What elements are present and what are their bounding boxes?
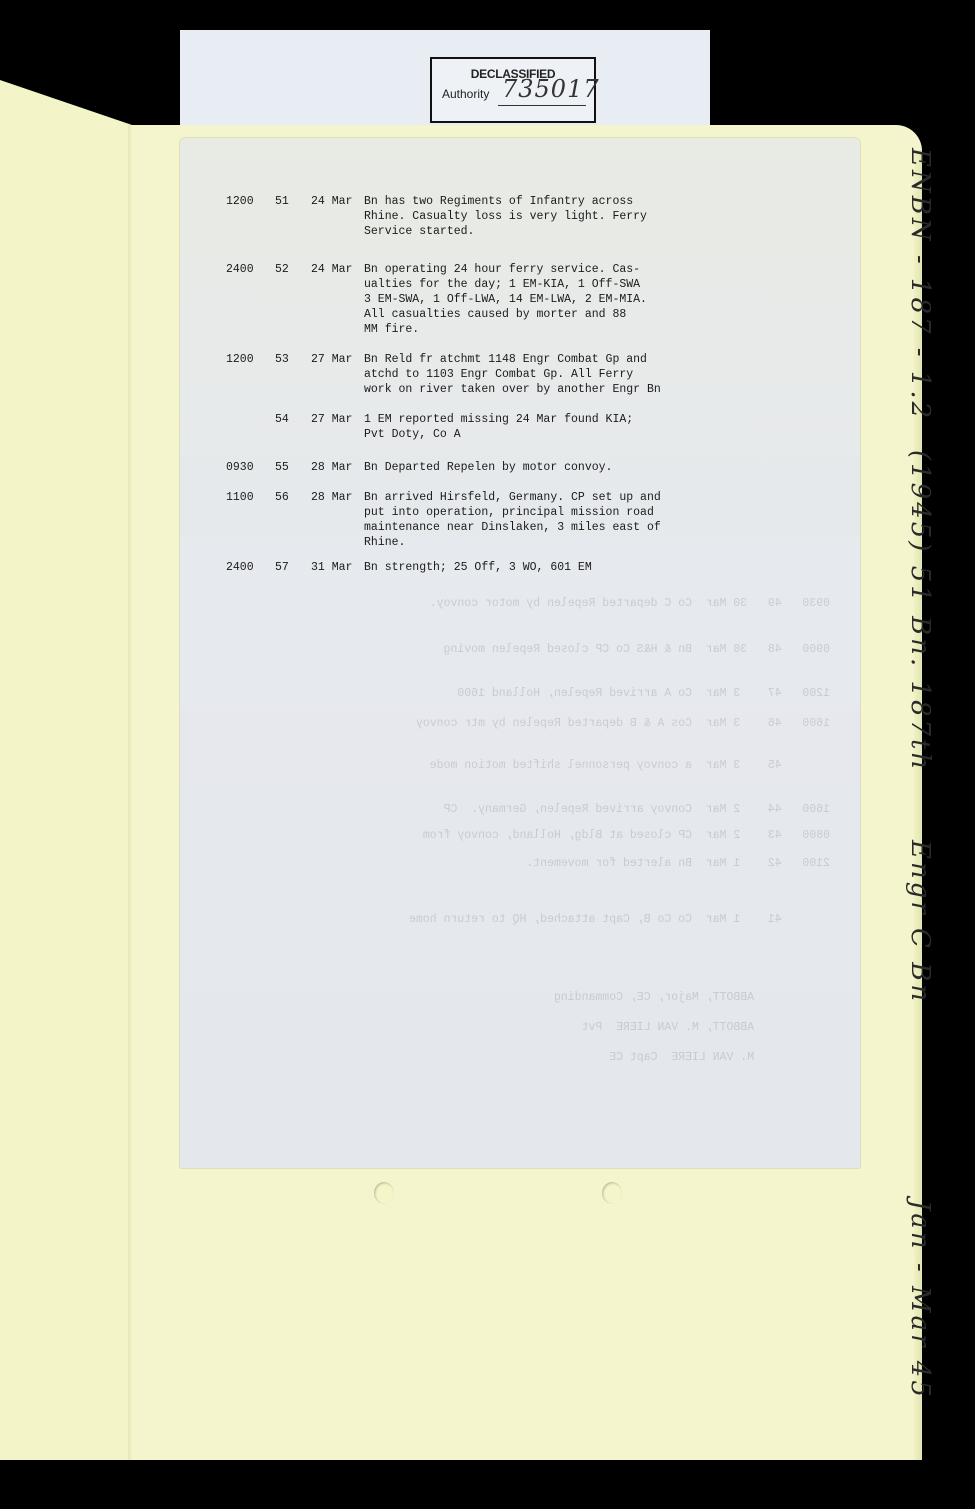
bleed-through-text: M. VAN LIERE Capt CE <box>230 1050 830 1065</box>
bleed-through-text: 0800 43 2 Mar CP closed at Bldg, Holland… <box>230 828 830 843</box>
entry-number: 55 <box>275 460 300 475</box>
entry-number: 54 <box>275 412 300 427</box>
margin-annotation-lower: Engr C Bn <box>905 840 935 1004</box>
entry-time: 1100 <box>226 490 266 505</box>
margin-annotation-middle: (1945) 51 Bn. 187th <box>905 450 935 772</box>
bleed-through-text: ABBOTT, M. VAN LIERE Pvt <box>230 1020 830 1035</box>
entry-date: 31 Mar <box>311 560 361 575</box>
entry-date: 27 Mar <box>311 352 361 367</box>
entry-time: 1200 <box>226 194 266 209</box>
folder-left-cover <box>0 0 132 1460</box>
entry-text: Bn operating 24 hour ferry service. Cas-… <box>364 262 664 337</box>
bleed-through-text: 0930 49 30 Mar Co C departed Repelen by … <box>230 596 830 611</box>
typed-page: 12005124 MarBn has two Regiments of Infa… <box>180 138 860 1168</box>
entry-number: 56 <box>275 490 300 505</box>
entry-time: 0930 <box>226 460 266 475</box>
bleed-through-text: 41 1 Mar Co Co B, Capt attached, HQ to r… <box>230 912 830 927</box>
margin-annotation-bottom: Jan - Mar 45 <box>905 1200 935 1400</box>
bleed-through-text: 1200 47 3 Mar Co A arrived Repelen, Holl… <box>230 686 830 701</box>
entry-time: 2400 <box>226 560 266 575</box>
authority-underline <box>498 105 586 106</box>
entry-time: 1200 <box>226 352 266 367</box>
punch-hole <box>374 1182 394 1204</box>
entry-number: 52 <box>275 262 300 277</box>
entry-time: 2400 <box>226 262 266 277</box>
authority-label: Authority <box>442 87 489 101</box>
bleed-through-text: 0900 48 30 Mar Bn & H&S Co CP closed Rep… <box>230 642 830 657</box>
bleed-through-text: 1600 44 2 Mar Convoy arrived Repelen, Ge… <box>230 802 830 817</box>
entry-text: Bn has two Regiments of Infantry across … <box>364 194 664 239</box>
entry-date: 24 Mar <box>311 262 361 277</box>
entry-text: Bn Reld fr atchmt 1148 Engr Combat Gp an… <box>364 352 664 397</box>
bleed-through-text: ABBOTT, Major, CE, Commanding <box>230 990 830 1005</box>
bleed-through-text: 1600 46 3 Mar Cos A & B departed Repelen… <box>230 716 830 731</box>
authority-number: 735017 <box>502 75 600 103</box>
margin-annotation-top: ENBN - 187 - 1.2 <box>905 148 935 421</box>
punch-hole <box>602 1182 622 1204</box>
entry-date: 28 Mar <box>311 490 361 505</box>
entry-number: 51 <box>275 194 300 209</box>
bleed-through-text: 2100 42 1 Mar Bn alerted for movement. <box>230 856 830 871</box>
entry-date: 28 Mar <box>311 460 361 475</box>
entry-text: Bn Departed Repelen by motor convoy. <box>364 460 664 475</box>
entry-text: 1 EM reported missing 24 Mar found KIA; … <box>364 412 664 442</box>
entry-date: 27 Mar <box>311 412 361 427</box>
bleed-through-text: 45 3 Mar a convoy personnel shifted moti… <box>230 758 830 773</box>
declassification-stamp: DECLASSIFIED Authority 735017 <box>430 57 596 123</box>
entry-number: 53 <box>275 352 300 367</box>
entry-text: Bn strength; 25 Off, 3 WO, 601 EM <box>364 560 664 575</box>
entry-date: 24 Mar <box>311 194 361 209</box>
entry-text: Bn arrived Hirsfeld, Germany. CP set up … <box>364 490 664 550</box>
entry-number: 57 <box>275 560 300 575</box>
